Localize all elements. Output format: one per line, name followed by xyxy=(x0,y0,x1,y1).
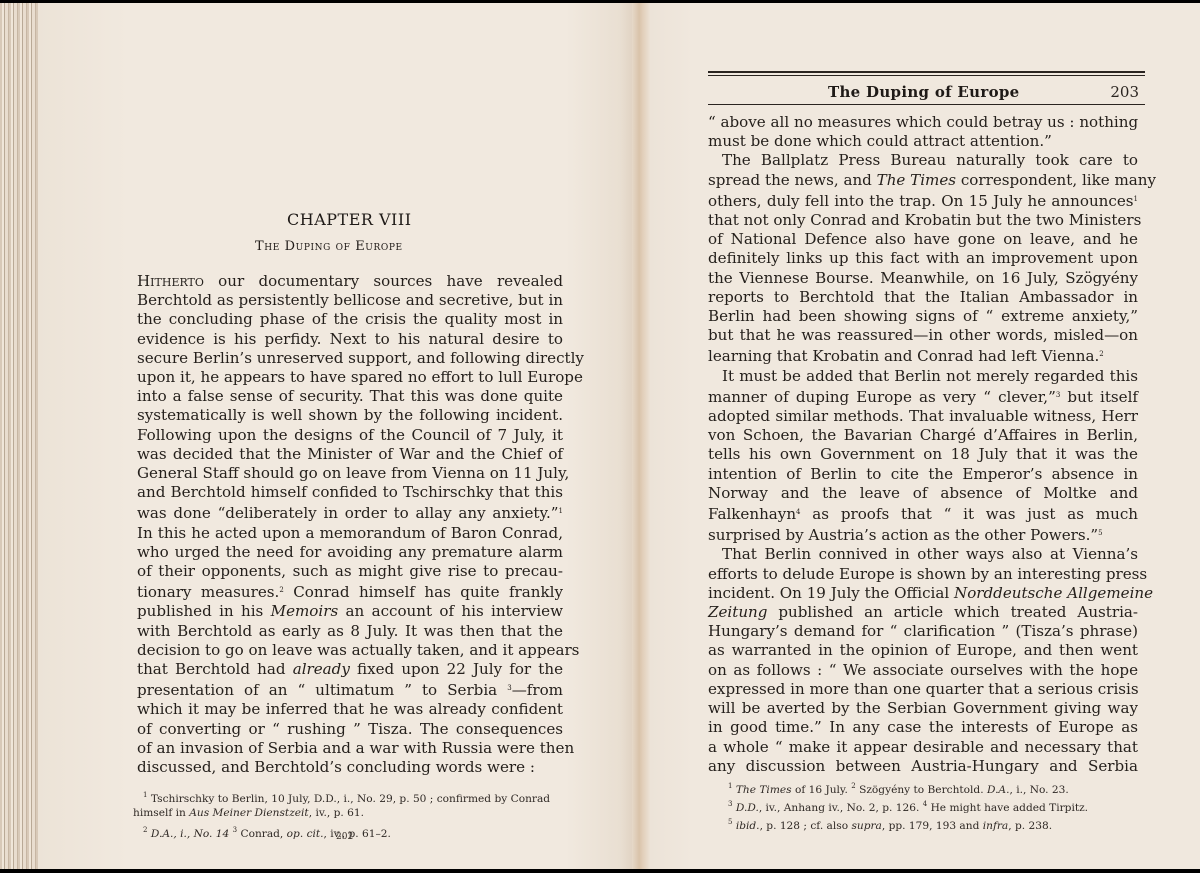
footnote-5: 5 ibid., p. 128 ; cf. also supra, pp. 17… xyxy=(728,815,1146,833)
text-line: Hitherto our documentary sources have re… xyxy=(137,272,563,291)
text-line: the Viennese Bourse. Meanwhile, on 16 Ju… xyxy=(708,269,1138,288)
text-line: Berchtold as persistently bellicose and … xyxy=(137,291,563,310)
running-header: The Duping of Europe 203 xyxy=(708,71,1145,105)
text-line: Zeitung published an article which treat… xyxy=(708,603,1138,622)
text-line: discussed, and Berchtold’s concluding wo… xyxy=(137,758,563,777)
footnote-3: 3 Conrad, op. cit., iv., p. 61–2. xyxy=(233,828,391,840)
text-line: von Schoen, the Bavarian Chargé d’Affair… xyxy=(708,426,1138,445)
text-line: the concluding phase of the crisis the q… xyxy=(137,310,563,329)
text-line: efforts to delude Europe is shown by an … xyxy=(708,565,1138,584)
text-line: into a false sense of security. That thi… xyxy=(137,387,563,406)
text-line: will be averted by the Serbian Governmen… xyxy=(708,699,1138,718)
text-line: which it may be inferred that he was alr… xyxy=(137,700,563,719)
text-line: on as follows : “ We associate ourselves… xyxy=(708,661,1138,680)
text-line: tionary measures.2 Conrad himself has qu… xyxy=(137,581,563,602)
text-line: published in his Memoirs an account of h… xyxy=(137,602,563,621)
text-line: as warranted in the opinion of Europe, a… xyxy=(708,641,1138,660)
footnote-4: 4 He might have added Tirpitz. xyxy=(923,802,1088,814)
text-line: The Ballplatz Press Bureau naturally too… xyxy=(708,151,1138,170)
text-line: that Berchtold had already fixed upon 22… xyxy=(137,660,563,679)
book-gutter xyxy=(632,3,650,869)
book-spread: CHAPTER VIII The Duping of Europe Hither… xyxy=(0,3,1200,869)
text-line: that not only Conrad and Krobatin but th… xyxy=(708,211,1138,230)
text-line: reports to Berchtold that the Italian Am… xyxy=(708,288,1138,307)
page-number-right: 203 xyxy=(1110,83,1139,101)
text-line: spread the news, and The Times correspon… xyxy=(708,171,1138,190)
text-line: was done “deliberately in order to allay… xyxy=(137,502,563,523)
text-line: Hungary’s demand for “ clarification ” (… xyxy=(708,622,1138,641)
footnote-1: 1 The Times of 16 July. xyxy=(728,784,848,796)
text-line: tells his own Government on 18 July that… xyxy=(708,445,1138,464)
text-line: “ above all no measures which could betr… xyxy=(708,113,1138,132)
footnote-2: 2 D.A., i., No. 14 xyxy=(143,828,229,840)
footnote-marker: 1 xyxy=(559,507,563,515)
text-line: It must be added that Berlin not merely … xyxy=(708,367,1138,386)
text-line: any discussion between Austria-Hungary a… xyxy=(708,757,1138,776)
page-number-left: 202 xyxy=(336,832,353,842)
text-line: upon it, he appears to have spared no ef… xyxy=(137,368,563,387)
footnote-2: 2 Szögyény to Berchtold. D.A., i., No. 2… xyxy=(851,784,1069,796)
page-edges xyxy=(0,3,39,869)
right-page-footnotes: 1 The Times of 16 July. 2 Szögyény to Be… xyxy=(728,779,1146,833)
text-line: in good time.” In any case the interests… xyxy=(708,718,1138,737)
chapter-number: CHAPTER VIII xyxy=(287,210,412,229)
left-page-body: Hitherto our documentary sources have re… xyxy=(137,272,563,777)
text-line: presentation of an “ ultimatum ” to Serb… xyxy=(137,679,563,700)
text-line: expressed in more than one quarter that … xyxy=(708,680,1138,699)
text-line: Falkenhayn4 as proofs that “ it was just… xyxy=(708,503,1138,524)
text-line: secure Berlin’s unreserved support, and … xyxy=(137,349,563,368)
text-line: adopted similar methods. That invaluable… xyxy=(708,407,1138,426)
text-line: who urged the need for avoiding any prem… xyxy=(137,543,563,562)
footnote-1: 1 Tschirschky to Berlin, 10 July, D.D., … xyxy=(137,788,563,806)
footnote-marker: 5 xyxy=(1098,529,1102,537)
text-line: of converting or “ rushing ” Tisza. The … xyxy=(137,720,563,739)
text-line: learning that Krobatin and Conrad had le… xyxy=(708,345,1138,366)
text-line: was decided that the Minister of War and… xyxy=(137,445,563,464)
chapter-title: The Duping of Europe xyxy=(255,239,403,254)
text-line: others, duly fell into the trap. On 15 J… xyxy=(708,190,1138,211)
text-line: Following upon the designs of the Counci… xyxy=(137,426,563,445)
footnotes-3-4: 3 D.D., iv., Anhang iv., No. 2, p. 126. … xyxy=(728,797,1146,815)
text-line: In this he acted upon a memorandum of Ba… xyxy=(137,524,563,543)
footnote-marker: 1 xyxy=(1134,195,1138,203)
footnote-1-cont: himself in Aus Meiner Dienstzeit, iv., p… xyxy=(133,806,563,820)
text-line: evidence is his perfidy. Next to his nat… xyxy=(137,330,563,349)
text-line: but that he was reassured—in other words… xyxy=(708,326,1138,345)
text-line: incident. On 19 July the Official Nordde… xyxy=(708,584,1138,603)
text-line: systematically is well shown by the foll… xyxy=(137,406,563,425)
text-line: of their opponents, such as might give r… xyxy=(137,562,563,581)
text-line: intention of Berlin to cite the Emperor’… xyxy=(708,465,1138,484)
text-line: definitely links up this fact with an im… xyxy=(708,249,1138,268)
text-line: of an invasion of Serbia and a war with … xyxy=(137,739,563,758)
text-line: a whole “ make it appear desirable and n… xyxy=(708,738,1138,757)
footnote-3: 3 D.D., iv., Anhang iv., No. 2, p. 126. xyxy=(728,802,919,814)
text-line: surprised by Austria’s action as the oth… xyxy=(708,524,1138,545)
footnote-marker: 2 xyxy=(1099,350,1103,358)
header-double-rule xyxy=(708,71,1145,76)
text-line: and Berchtold himself confided to Tschir… xyxy=(137,483,563,502)
text-line: General Staff should go on leave from Vi… xyxy=(137,464,563,483)
text-line: manner of duping Europe as very “ clever… xyxy=(708,386,1138,407)
text-line: with Berchtold as early as 8 July. It wa… xyxy=(137,622,563,641)
text-line: That Berlin connived in other ways also … xyxy=(708,545,1138,564)
running-head-title: The Duping of Europe xyxy=(828,83,1020,101)
right-page-body: “ above all no measures which could betr… xyxy=(708,113,1138,776)
text-line: Norway and the leave of absence of Moltk… xyxy=(708,484,1138,503)
header-rule xyxy=(708,104,1145,105)
text-line: Berlin had been showing signs of “ extre… xyxy=(708,307,1138,326)
text-line: decision to go on leave was actually tak… xyxy=(137,641,563,660)
text-line: must be done which could attract attenti… xyxy=(708,132,1138,151)
footnotes-1-2: 1 The Times of 16 July. 2 Szögyény to Be… xyxy=(728,779,1146,797)
text-line: of National Defence also have gone on le… xyxy=(708,230,1138,249)
